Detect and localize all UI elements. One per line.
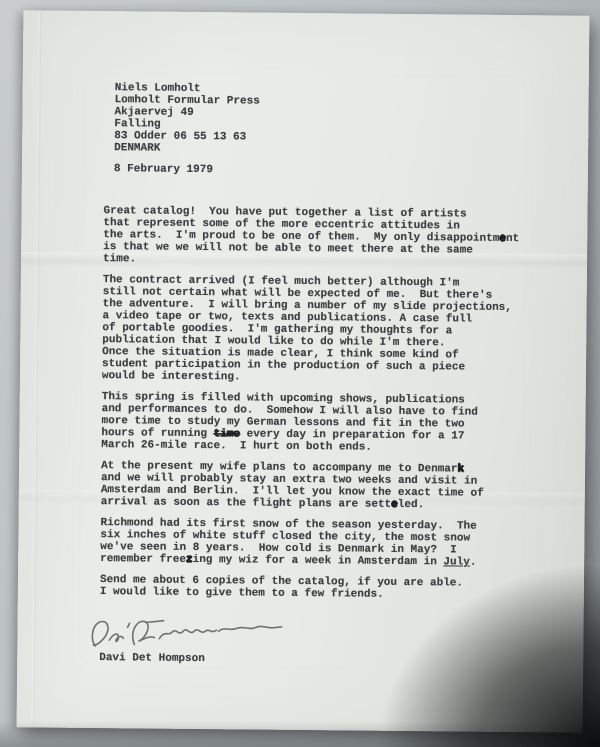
paragraph: Richmond had its first snow of the seaso… — [100, 517, 570, 570]
typed-signature-name: Davi Det Hompson — [99, 652, 569, 669]
paragraph: Send me about 6 copies of the catalog, i… — [100, 574, 570, 603]
text-segment: remember free — [100, 553, 186, 566]
text-segment: March 26-mile race. I hurt on both ends. — [101, 439, 372, 454]
text-segment: nt — [506, 233, 519, 245]
photograph-of-letter: Niels Lomholt Lomholt Formular Press Akj… — [0, 0, 600, 747]
text-segment: arrival as soon as the flight plans are … — [101, 496, 392, 511]
paragraph: The contract arrived (I feel much better… — [102, 274, 573, 387]
signature-block: Davi Det Hompson — [99, 614, 569, 669]
letter-paper: Niels Lomholt Lomholt Formular Press Akj… — [17, 10, 590, 732]
text-segment: led. — [398, 499, 425, 511]
paragraph: This spring is filled with upcoming show… — [101, 391, 572, 456]
text-segment: I would like to give them to a few frien… — [100, 586, 384, 601]
text-segment: hours of running — [101, 427, 213, 440]
text-segment: July — [443, 556, 470, 568]
letter-content: Niels Lomholt Lomholt Formular Press Akj… — [99, 82, 575, 668]
paragraph: Great catalog! You have put together a l… — [103, 205, 574, 270]
text-segment: k — [457, 463, 464, 475]
letter-body: Great catalog! You have put together a l… — [100, 205, 574, 602]
paragraph: At the present my wife plans to accompan… — [101, 460, 571, 513]
text-segment: . — [470, 557, 477, 569]
text-segment: ing my wiz for a week in Amsterdam in — [193, 554, 444, 568]
text-segment: would be interesting. — [102, 370, 241, 383]
letter-date: 8 February 1979 — [114, 163, 574, 179]
text-segment: time — [214, 428, 241, 440]
text-segment: time. — [103, 253, 136, 265]
recipient-address: Niels Lomholt Lomholt Formular Press Akj… — [114, 82, 575, 158]
paper-edge-curl — [32, 10, 42, 727]
